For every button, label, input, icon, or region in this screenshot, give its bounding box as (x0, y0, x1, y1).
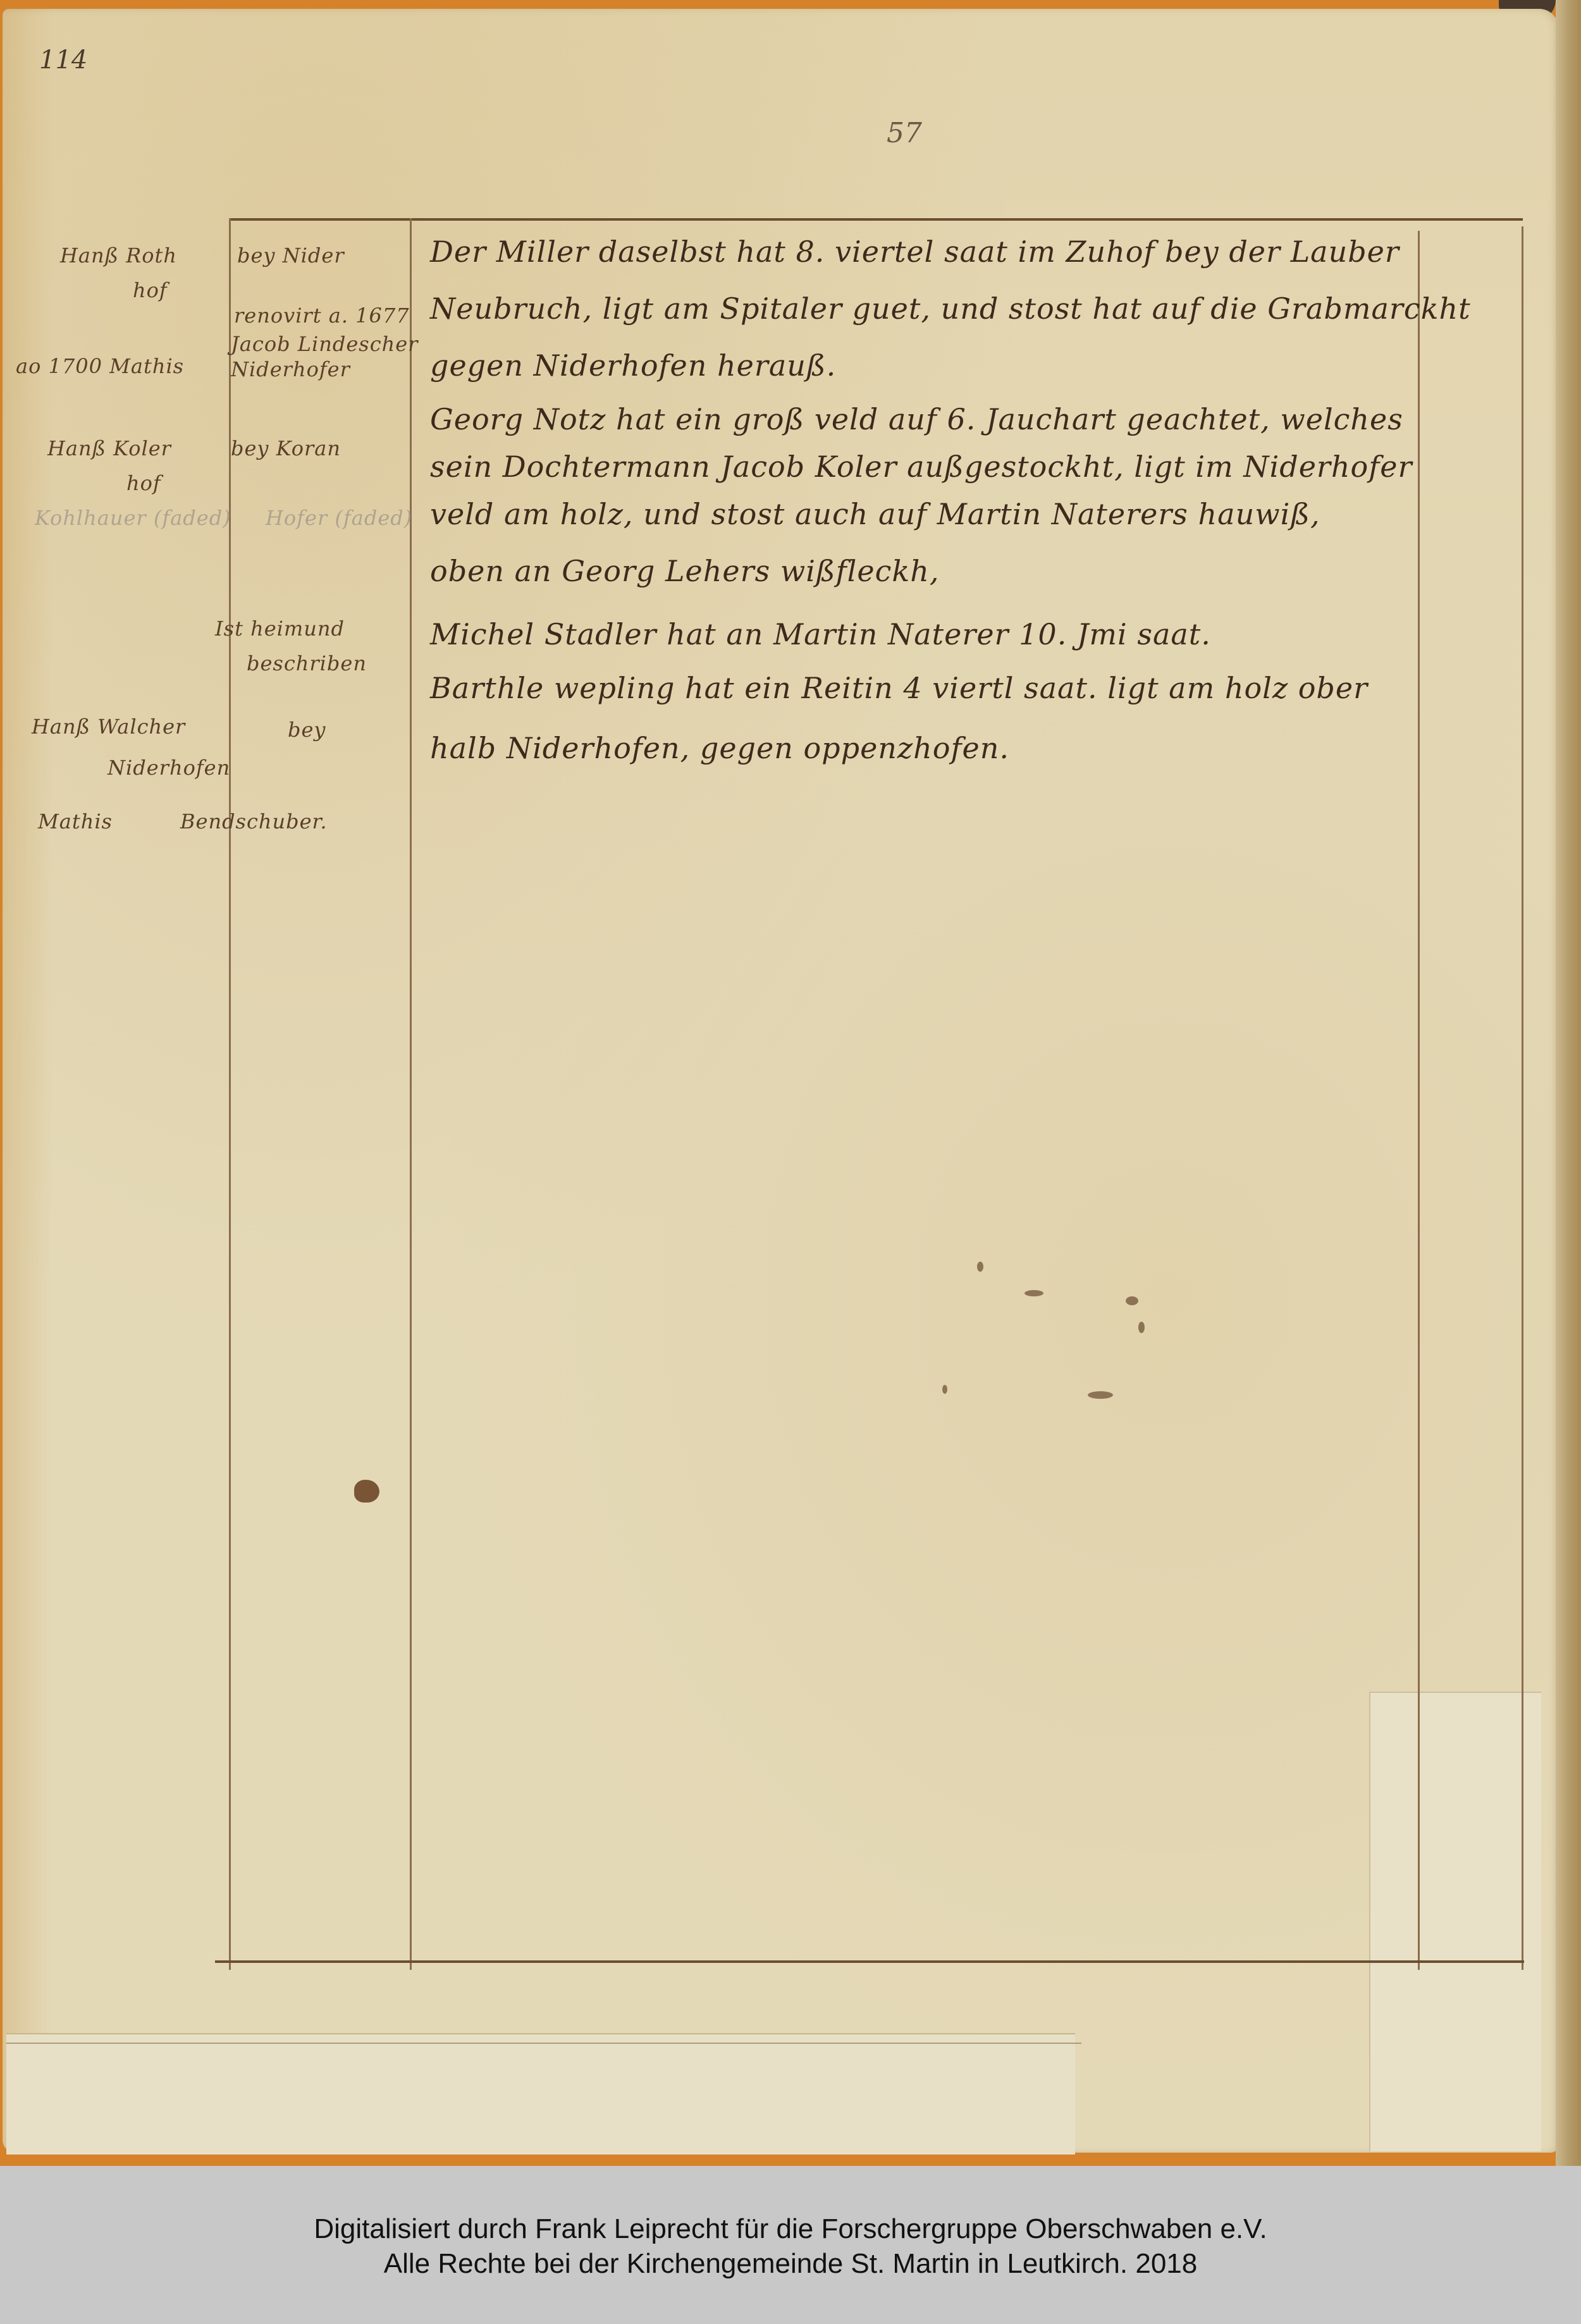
margin-entry-2: ao 1700 Mathis (16, 354, 184, 378)
caption-line-2: Alle Rechte bei der Kirchengemeinde St. … (0, 2248, 1581, 2280)
second-col-entry-6-faded: Hofer (faded) (266, 506, 412, 530)
folio-number: 114 (39, 46, 87, 75)
column-rule-3 (1418, 231, 1420, 1970)
bleed-through-mark (1088, 1391, 1113, 1399)
main-text-line-5: sein Dochtermann Jacob Koler außgestockh… (430, 452, 1412, 481)
main-text-line-1: Der Miller daselbst hat 8. viertel saat … (430, 237, 1400, 266)
margin-entry-5-line2: Niderhofen (108, 756, 230, 780)
caption-line-1: Digitalisiert durch Frank Leiprecht für … (0, 2213, 1581, 2245)
bleed-through-mark (1126, 1296, 1138, 1305)
frame-top-rule (229, 218, 1523, 221)
second-col-entry-3: Jacob Lindescher (231, 332, 418, 356)
manuscript-page (3, 9, 1558, 2153)
bleed-through-mark (1138, 1322, 1145, 1333)
second-col-entry-5: bey Koran (231, 436, 341, 460)
page-number: 57 (887, 117, 922, 149)
bleed-through-mark (942, 1385, 947, 1394)
ink-blot (354, 1480, 379, 1503)
main-text-line-9: Barthle wepling hat ein Reitin 4 viertl … (430, 673, 1368, 703)
margin-entry-6: Mathis (38, 809, 113, 833)
paper-repair-patch-right (1369, 1692, 1541, 2151)
main-text-line-4: Georg Notz hat ein groß veld auf 6. Jauc… (430, 405, 1403, 434)
main-text-line-7: oben an Georg Lehers wißfleckh, (430, 556, 940, 586)
paper-repair-patch-bottom (6, 2033, 1075, 2155)
second-col-entry-8: bey (288, 718, 326, 742)
column-rule-1 (229, 218, 231, 1970)
column-rule-2 (410, 218, 412, 1970)
margin-entry-5: Hanß Walcher (32, 715, 185, 739)
margin-entry-4-faded: Kohlhauer (faded) (35, 506, 231, 530)
main-text-line-2: Neubruch, ligt am Spitaler guet, und sto… (430, 294, 1471, 323)
second-col-entry-7-line2: beschriben (247, 651, 367, 675)
copyright-caption: Digitalisiert durch Frank Leiprecht für … (0, 2166, 1581, 2324)
margin-entry-1: Hanß Roth (60, 243, 177, 267)
book-edge (1556, 0, 1581, 2166)
second-col-entry-4: Niderhofer (231, 357, 350, 381)
bleed-through-mark (1024, 1290, 1043, 1296)
main-text-line-10: halb Niderhofen, gegen oppenzhofen. (430, 734, 1009, 763)
frame-bottom-rule (215, 1960, 1524, 1963)
frame-right-rule (1522, 226, 1523, 1970)
patch-bottom-edge-line (6, 2043, 1081, 2044)
second-col-entry-2: renovirt a. 1677 (234, 304, 410, 328)
manuscript-scan: 114 57 Hanß Roth hof ao 1700 Mathis Hanß… (0, 0, 1581, 2166)
second-col-entry-9: Bendschuber. (180, 809, 327, 833)
main-text-line-3: gegen Niderhofen herauß. (430, 351, 836, 380)
margin-entry-1-line2: hof (133, 278, 168, 302)
main-text-line-6: veld am holz, und stost auch auf Martin … (430, 500, 1320, 529)
margin-entry-3-line2: hof (126, 471, 161, 495)
bleed-through-mark (977, 1262, 983, 1272)
margin-entry-3: Hanß Koler (47, 436, 171, 460)
second-col-entry-1: bey Nider (237, 243, 345, 267)
second-col-entry-7: Ist heimund (215, 617, 345, 641)
main-text-line-8: Michel Stadler hat an Martin Naterer 10.… (430, 620, 1211, 649)
